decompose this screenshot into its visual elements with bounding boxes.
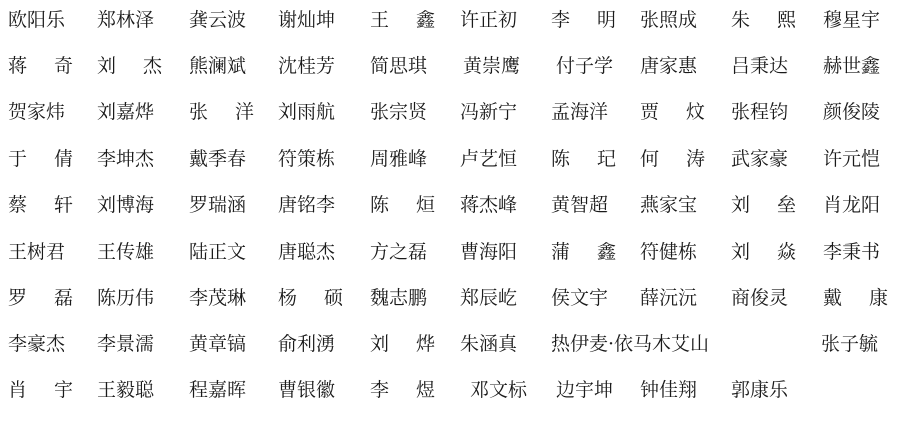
name-entry: 吕秉达 [731,51,788,81]
name-entry: 贾炆 [640,97,705,127]
name-entry: 陈烜 [370,190,435,220]
name-entry: 黄智超 [551,190,608,220]
name-entry: 王传雄 [97,237,154,267]
name-roster: 欧阳乐郑林泽龚云波谢灿坤王鑫许正初李明张照成朱熙穆星宇蒋奇刘杰熊澜斌沈桂芳简思琪… [0,0,900,435]
name-entry: 穆星宇 [823,5,880,35]
name-row: 蒋奇刘杰熊澜斌沈桂芳简思琪黄崇鹰付子学唐家惠吕秉达赫世鑫 [8,51,900,81]
name-entry: 曹银徽 [278,375,335,405]
name-entry: 蒲鑫 [551,237,616,267]
name-entry: 李茂琳 [189,283,246,313]
name-entry: 欧阳乐 [8,5,65,35]
name-entry: 张子毓 [821,329,878,359]
name-entry: 肖宇 [8,375,73,405]
name-entry: 简思琪 [370,51,427,81]
name-entry: 肖龙阳 [823,190,880,220]
name-entry: 戴季春 [189,144,246,174]
name-entry: 燕家宝 [640,190,697,220]
name-entry: 刘杰 [97,51,162,81]
name-entry: 符策栋 [278,144,335,174]
name-entry: 王鑫 [370,5,435,35]
name-entry: 侯文宇 [551,283,608,313]
name-entry: 李坤杰 [97,144,154,174]
name-entry: 颜俊陵 [823,97,880,127]
name-entry: 郑辰屹 [460,283,517,313]
name-entry: 张程钧 [731,97,788,127]
name-entry: 何涛 [640,144,705,174]
name-entry: 唐铭李 [278,190,335,220]
name-entry: 周雅峰 [370,144,427,174]
name-entry: 王树君 [8,237,65,267]
name-entry: 陆正文 [189,237,246,267]
name-entry: 钟佳翔 [640,375,697,405]
name-entry: 朱涵真 [460,329,517,359]
name-entry: 贺家炜 [8,97,65,127]
name-entry: 朱熙 [731,5,796,35]
name-row: 李豪杰李景濡黄章镐俞利湧刘烨朱涵真热伊麦·依马木艾山张子毓 [8,329,900,359]
name-entry: 许正初 [460,5,517,35]
name-entry: 冯新宁 [460,97,517,127]
name-entry: 李煜 [370,375,435,405]
name-entry: 孟海洋 [551,97,608,127]
name-entry: 张宗贤 [370,97,427,127]
name-entry: 唐聪杰 [278,237,335,267]
name-entry: 刘烨 [370,329,435,359]
name-entry: 张照成 [640,5,697,35]
name-entry: 王毅聪 [97,375,154,405]
name-row: 罗磊陈历伟李茂琳杨硕魏志鹏郑辰屹侯文宇薛沅沅商俊灵戴康 [8,283,900,313]
name-entry: 付子学 [556,51,613,81]
name-entry: 沈桂芳 [278,51,335,81]
name-entry: 黄崇鹰 [463,51,520,81]
name-entry: 武家豪 [731,144,788,174]
name-entry: 陈历伟 [97,283,154,313]
name-entry: 热伊麦·依马木艾山 [551,329,709,359]
name-entry: 戴康 [823,283,888,313]
name-row: 贺家炜刘嘉烨张洋刘雨航张宗贤冯新宁孟海洋贾炆张程钧颜俊陵 [8,97,900,127]
name-entry: 杨硕 [278,283,343,313]
name-entry: 郑林泽 [97,5,154,35]
name-row: 王树君王传雄陆正文唐聪杰方之磊曹海阳蒲鑫符健栋刘焱李秉书 [8,237,900,267]
name-entry: 熊澜斌 [189,51,246,81]
name-entry: 谢灿坤 [278,5,335,35]
name-row: 欧阳乐郑林泽龚云波谢灿坤王鑫许正初李明张照成朱熙穆星宇 [8,5,900,35]
name-entry: 商俊灵 [731,283,788,313]
name-entry: 蒋杰峰 [460,190,517,220]
name-entry: 程嘉晖 [189,375,246,405]
name-row: 于倩李坤杰戴季春符策栋周雅峰卢艺恒陈玘何涛武家豪许元恺 [8,144,900,174]
name-entry: 赫世鑫 [823,51,880,81]
name-entry: 黄章镐 [189,329,246,359]
name-entry: 罗磊 [8,283,73,313]
name-entry: 卢艺恒 [460,144,517,174]
name-entry: 刘垒 [731,190,796,220]
name-entry: 唐家惠 [640,51,697,81]
name-row: 肖宇王毅聪程嘉晖曹银徽李煜邓文标边宇坤钟佳翔郭康乐 [8,375,900,405]
name-entry: 方之磊 [370,237,427,267]
name-entry: 魏志鹏 [370,283,427,313]
name-entry: 符健栋 [640,237,697,267]
name-entry: 陈玘 [551,144,616,174]
name-entry: 于倩 [8,144,73,174]
name-entry: 刘嘉烨 [97,97,154,127]
name-entry: 李明 [551,5,616,35]
name-entry: 薛沅沅 [640,283,697,313]
name-row: 蔡轩刘博海罗瑞涵唐铭李陈烜蒋杰峰黄智超燕家宝刘垒肖龙阳 [8,190,900,220]
name-entry: 张洋 [189,97,254,127]
name-entry: 刘焱 [731,237,796,267]
name-entry: 罗瑞涵 [189,190,246,220]
name-entry: 许元恺 [823,144,880,174]
name-entry: 刘雨航 [278,97,335,127]
name-entry: 曹海阳 [460,237,517,267]
name-entry: 李豪杰 [8,329,65,359]
name-entry: 龚云波 [189,5,246,35]
name-entry: 刘博海 [97,190,154,220]
name-entry: 俞利湧 [278,329,335,359]
name-entry: 邓文标 [470,375,527,405]
name-entry: 蔡轩 [8,190,73,220]
name-entry: 郭康乐 [731,375,788,405]
name-entry: 蒋奇 [8,51,73,81]
name-entry: 李景濡 [97,329,154,359]
name-entry: 边宇坤 [556,375,613,405]
name-entry: 李秉书 [823,237,880,267]
